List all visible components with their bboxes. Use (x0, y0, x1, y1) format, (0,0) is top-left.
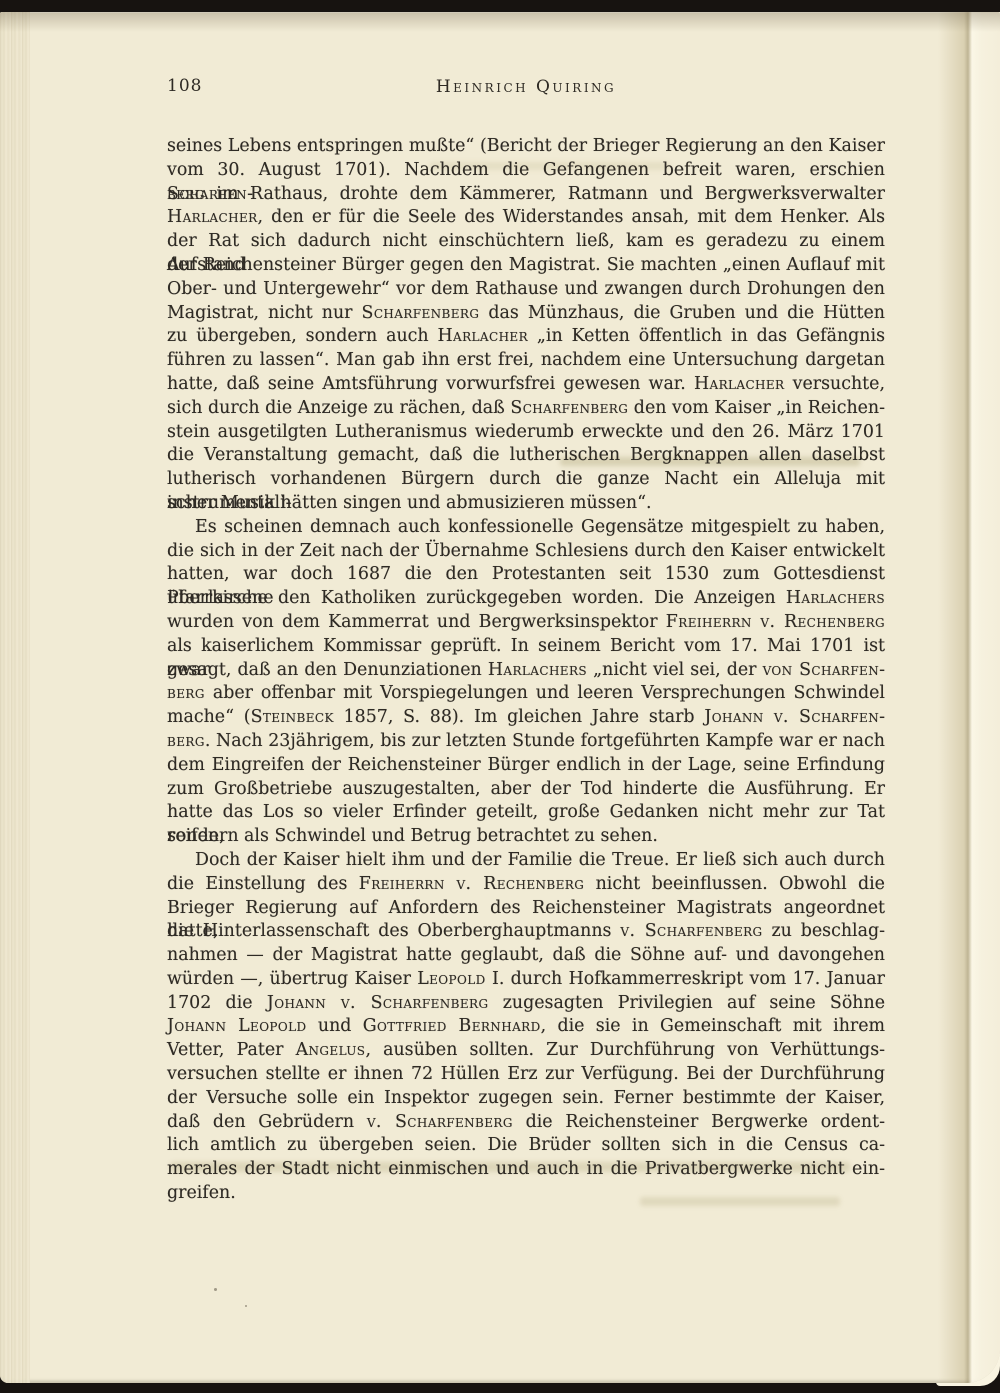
small-caps-name: Scharfenberg (362, 303, 480, 323)
text-segment: daß den Gebrüdern (167, 1112, 367, 1132)
text-segment: würden —, übertrug Kaiser (167, 969, 417, 989)
text-segment: 1857, S. 88). Im gleichen Jahre starb (334, 707, 705, 727)
text-line: Pfarrkirche den Katholiken zurückgegeben… (167, 587, 885, 611)
text-segment: die Reichensteiner Bergwerke ordent- (513, 1112, 885, 1132)
text-line: sich durch die Anzeige zu rächen, daß Sc… (167, 397, 885, 421)
small-caps-name: Harlachers (786, 588, 885, 608)
small-caps-name: Harlachers (488, 660, 587, 680)
text-line: Harlacher, den er für die Seele des Wide… (167, 206, 885, 230)
text-segment: vom 30. August 1701). Nachdem die Gefang… (167, 160, 885, 180)
text-segment: zu beschlag- (763, 921, 885, 941)
text-segment: im Rathaus, drohte dem Kämmerer, Ratmann… (205, 184, 885, 204)
text-segment: zugesagten Privilegien auf seine Söhne (488, 993, 885, 1013)
text-line: Magistrat, nicht nur Scharfenberg das Mü… (167, 302, 885, 326)
text-line: Doch der Kaiser hielt ihm und der Famili… (167, 849, 885, 873)
book-scan: 108 Heinrich Quiring seines Lebens entsp… (0, 0, 1000, 1393)
running-header: 108 Heinrich Quiring (167, 76, 885, 102)
text-segment: zu übergeben, sondern auch (167, 326, 437, 346)
text-segment: nahmen — der Magistrat hatte geglaubt, d… (167, 945, 885, 965)
text-segment: mache“ ( (167, 707, 251, 727)
text-line: vom 30. August 1701). Nachdem die Gefang… (167, 159, 885, 183)
text-segment: seines Lebens entspringen mußte“ (Berich… (167, 136, 885, 156)
text-line: Ober- und Untergewehr“ vor dem Rathause … (167, 278, 885, 302)
text-line: der Rat sich dadurch nicht einschüchtern… (167, 230, 885, 254)
text-line: berg. Nach 23jährigem, bis zur letzten S… (167, 730, 885, 754)
text-line: hatte, daß seine Amtsführung vorwurfsfre… (167, 373, 885, 397)
text-line: würden —, übertrug Kaiser Leopold I. dur… (167, 968, 885, 992)
text-segment: der Reichensteiner Bürger gegen den Magi… (167, 255, 885, 275)
small-caps-name: v. Scharfenberg (367, 1112, 513, 1132)
text-line: Johann Leopold und Gottfried Bernhard, d… (167, 1015, 885, 1039)
text-segment: , den er für die Seele des Widerstandes … (258, 207, 885, 227)
text-line: Es scheinen demnach auch konfessionelle … (167, 516, 885, 540)
text-segment: „nicht viel sei, der (587, 660, 763, 680)
small-caps-name: berg (167, 731, 205, 751)
text-line: zu übergeben, sondern auch Harlacher „in… (167, 325, 885, 349)
text-segment: Pfarrkirche den Katholiken zurückgegeben… (167, 588, 786, 608)
paper-speck (245, 1305, 247, 1307)
text-block: 108 Heinrich Quiring seines Lebens entsp… (167, 76, 885, 1206)
small-caps-name: von Scharfen (763, 660, 880, 680)
text-segment: Doch der Kaiser hielt ihm und der Famili… (195, 850, 885, 870)
text-segment: wurden von dem Kammerrat und Bergwerksin… (167, 612, 666, 632)
text-segment: stein ausgetilgten Lutheranismus wiederu… (167, 422, 885, 442)
text-line: daß den Gebrüdern v. Scharfenberg die Re… (167, 1111, 885, 1135)
text-line: der Versuche solle ein Inspektor zugegen… (167, 1087, 885, 1111)
text-line: mache“ (Steinbeck 1857, S. 88). Im gleic… (167, 706, 885, 730)
book-page: 108 Heinrich Quiring seines Lebens entsp… (0, 12, 1000, 1383)
text-segment: greifen. (167, 1183, 236, 1203)
text-line: berg aber offenbar mit Vorspiegelungen u… (167, 682, 885, 706)
small-caps-name: Leopold (417, 969, 485, 989)
text-line: sondern als Schwindel und Betrug betrach… (167, 825, 885, 849)
text-segment: merales der Stadt nicht einmischen und a… (167, 1159, 885, 1179)
text-segment: , ausüben sollten. Zur Durchführung von … (365, 1040, 885, 1060)
text-line: seines Lebens entspringen mußte“ (Berich… (167, 135, 885, 159)
paper-speck (214, 1288, 217, 1291)
text-line: die sich in der Zeit nach der Übernahme … (167, 540, 885, 564)
small-caps-name: Johann v. Scharfen (704, 707, 879, 727)
text-line: lutherisch vorhandenen Bürgern durch die… (167, 468, 885, 492)
text-segment: , die sie in Gemeinschaft mit ihrem (541, 1016, 885, 1036)
small-caps-name: berg (167, 184, 205, 204)
text-segment: lich amtlich zu übergeben seien. Die Brü… (167, 1135, 885, 1155)
text-line: zum Großbetriebe auszugestalten, aber de… (167, 778, 885, 802)
text-segment: die Hinterlassenschaft des Oberberghaupt… (167, 921, 620, 941)
text-segment: Magistrat, nicht nur (167, 303, 362, 323)
text-segment: - (879, 707, 885, 727)
small-caps-name: Johann v. Scharfenberg (267, 993, 489, 1013)
text-segment: . Nach 23jährigem, bis zur letzten Stund… (205, 731, 885, 751)
text-segment: sondern als Schwindel und Betrug betrach… (167, 826, 658, 846)
text-segment: zum Großbetriebe auszugestalten, aber de… (167, 779, 885, 799)
small-caps-name: Johann Leopold (167, 1016, 307, 1036)
page-fold-shadow (938, 12, 1000, 1383)
text-line: gesagt, daß an den Denunziationen Harlac… (167, 659, 885, 683)
text-line: nahmen — der Magistrat hatte geglaubt, d… (167, 944, 885, 968)
text-segment: „in Ketten öffentlich in das Gefängnis (528, 326, 885, 346)
text-segment: sich durch die Anzeige zu rächen, daß (167, 398, 510, 418)
text-line: hatten, war doch 1687 die den Protestant… (167, 563, 885, 587)
text-segment: I. durch Hofkammerreskript vom 17. Janua… (486, 969, 885, 989)
text-segment: - (879, 660, 885, 680)
small-caps-name: v. Scharfenberg (620, 921, 762, 941)
text-segment: versuchte, (784, 374, 885, 394)
text-line: scher Musik hätten singen und abmusizier… (167, 492, 885, 516)
body-text: seines Lebens entspringen mußte“ (Berich… (167, 135, 885, 1206)
text-line: Brieger Regierung auf Anfordern des Reic… (167, 897, 885, 921)
text-line: Vetter, Pater Angelus, ausüben sollten. … (167, 1039, 885, 1063)
small-caps-name: Angelus (296, 1040, 366, 1060)
small-caps-name: Harlacher (694, 374, 785, 394)
small-caps-name: Harlacher (437, 326, 528, 346)
text-segment: dem Eingreifen der Reichensteiner Bürger… (167, 755, 885, 775)
text-segment: versuchen stellte er ihnen 72 Hüllen Erz… (167, 1064, 885, 1084)
stacked-page-edges (0, 12, 30, 1383)
text-line: die Veranstaltung gemacht, daß die luthe… (167, 444, 885, 468)
text-line: merales der Stadt nicht einmischen und a… (167, 1158, 885, 1182)
text-segment: nicht beeinflussen. Obwohl die (584, 874, 885, 894)
text-line: 1702 die Johann v. Scharfenberg zugesagt… (167, 992, 885, 1016)
text-segment: die Einstellung des (167, 874, 359, 894)
text-line: lich amtlich zu übergeben seien. Die Brü… (167, 1134, 885, 1158)
text-line: die Einstellung des Freiherrn v. Rechenb… (167, 873, 885, 897)
text-line: hatte das Los so vieler Erfinder geteilt… (167, 801, 885, 825)
text-segment: aber offenbar mit Vorspiegelungen und le… (205, 683, 885, 703)
text-line: der Reichensteiner Bürger gegen den Magi… (167, 254, 885, 278)
text-segment: 1702 die (167, 993, 267, 1013)
text-line: führen zu lassen“. Man gab ihn erst frei… (167, 349, 885, 373)
text-segment: führen zu lassen“. Man gab ihn erst frei… (167, 350, 885, 370)
text-line: greifen. (167, 1182, 885, 1206)
text-segment: die sich in der Zeit nach der Übernahme … (167, 541, 885, 561)
small-caps-name: Steinbeck (251, 707, 334, 727)
small-caps-name: berg (167, 683, 205, 703)
small-caps-name: Scharfenberg (510, 398, 628, 418)
text-segment: Vetter, Pater (167, 1040, 296, 1060)
text-segment: hatte, daß seine Amtsführung vorwurfsfre… (167, 374, 694, 394)
text-line: versuchen stellte er ihnen 72 Hüllen Erz… (167, 1063, 885, 1087)
text-line: als kaiserlichem Kommissar geprüft. In s… (167, 635, 885, 659)
text-segment: die Veranstaltung gemacht, daß die luthe… (167, 445, 885, 465)
small-caps-name: Freiherrn v. Rechenberg (666, 612, 885, 632)
text-segment: der Versuche solle ein Inspektor zugegen… (167, 1088, 885, 1108)
text-line: dem Eingreifen der Reichensteiner Bürger… (167, 754, 885, 778)
text-line: stein ausgetilgten Lutheranismus wiederu… (167, 421, 885, 445)
text-segment: gesagt, daß an den Denunziationen (167, 660, 488, 680)
running-head-title: Heinrich Quiring (167, 77, 885, 97)
small-caps-name: Gottfried Bernhard (363, 1016, 541, 1036)
text-segment: und (307, 1016, 363, 1036)
small-caps-name: Freiherrn v. Rechenberg (359, 874, 584, 894)
text-segment: den vom Kaiser „in Reichen- (628, 398, 885, 418)
text-line: wurden von dem Kammerrat und Bergwerksin… (167, 611, 885, 635)
text-segment: scher Musik hätten singen und abmusizier… (167, 493, 652, 513)
text-line: berg im Rathaus, drohte dem Kämmerer, Ra… (167, 183, 885, 207)
text-segment: Es scheinen demnach auch konfessionelle … (195, 517, 885, 537)
text-line: die Hinterlassenschaft des Oberberghaupt… (167, 920, 885, 944)
small-caps-name: Harlacher (167, 207, 258, 227)
top-scan-shadow (0, 12, 1000, 32)
text-segment: Ober- und Untergewehr“ vor dem Rathause … (167, 279, 885, 299)
text-segment: das Münzhaus, die Gruben und die Hütten (479, 303, 885, 323)
